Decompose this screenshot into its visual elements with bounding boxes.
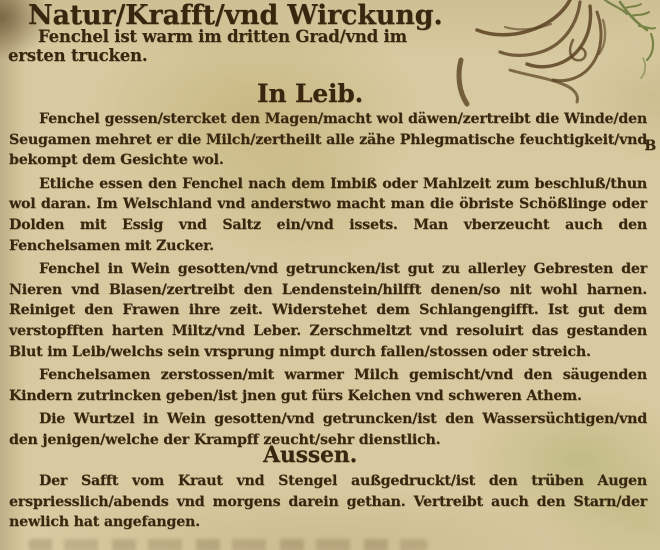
intro-paragraph: Fenchel ist warm im dritten Grad/vnd im …	[8, 28, 460, 65]
section-body-aussen: Der Safft vom Kraut vnd Stengel außgedru…	[9, 471, 647, 536]
body-paragraph: Der Safft vom Kraut vnd Stengel außgedru…	[9, 471, 647, 533]
body-paragraph: Fenchel in Wein gesotten/vnd getruncken/…	[9, 259, 647, 362]
section-heading-in-leib: In Leib.	[0, 79, 620, 108]
section-body-in-leib: Fenchel gessen/stercket den Magen/macht …	[9, 109, 647, 454]
page-title: Natur/Krafft/vnd Wirckung.	[28, 2, 443, 30]
gathering-signature-mark: B	[644, 138, 656, 154]
section-heading-aussen: Aussen.	[0, 442, 620, 468]
cut-off-text-line	[28, 539, 428, 550]
body-paragraph: Etliche essen den Fenchel nach dem Imbiß…	[9, 174, 647, 256]
body-paragraph: Fenchelsamen zerstossen/mit warmer Milch…	[9, 365, 647, 406]
body-paragraph: Fenchel gessen/stercket den Magen/macht …	[9, 109, 647, 171]
